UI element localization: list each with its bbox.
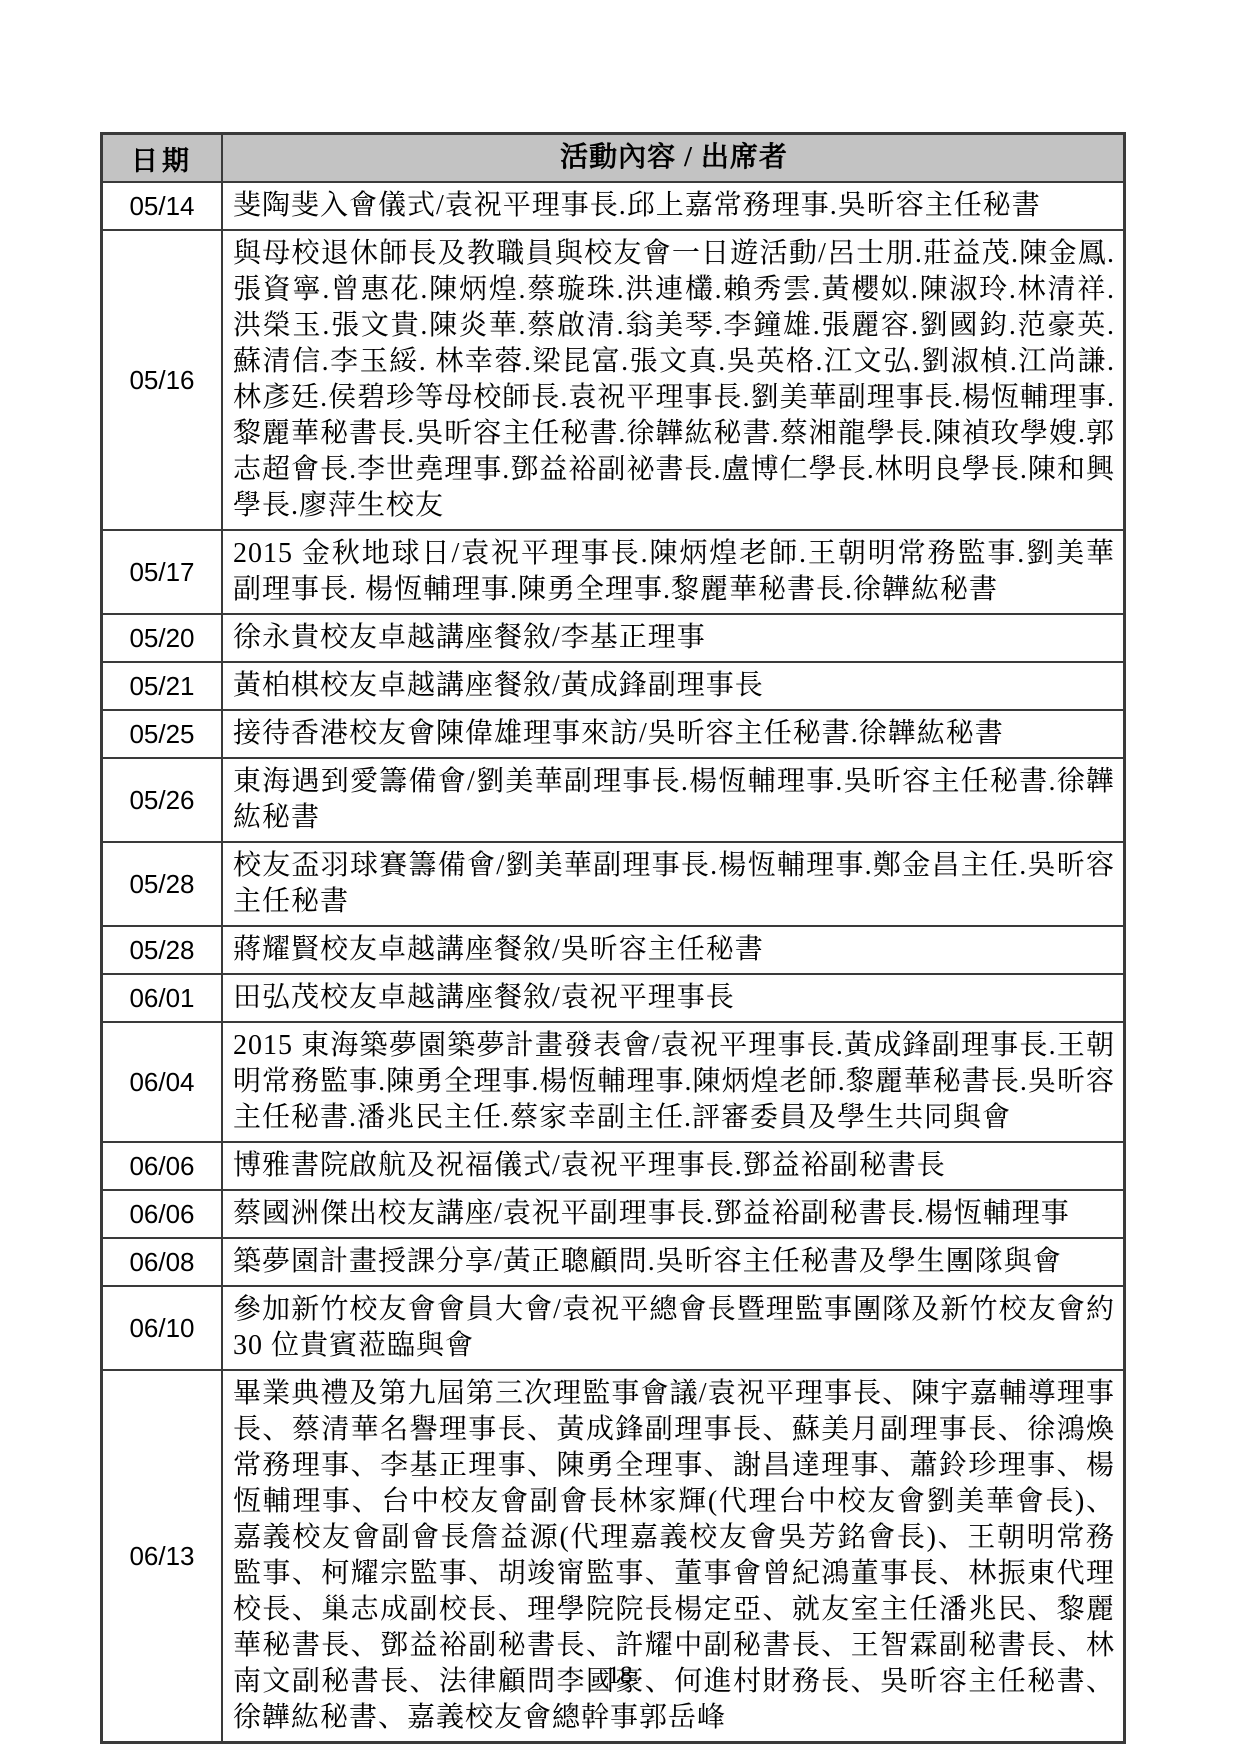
content-text: 接待香港校友會陳偉雄理事來訪/吳昕容主任秘書.徐韡紘秘書: [233, 716, 1115, 752]
table-row: 06/08 築夢園計畫授課分享/黃正聰顧問.吳昕容主任秘書及學生團隊與會: [103, 1237, 1123, 1285]
table-row: 06/06 博雅書院啟航及祝福儀式/袁祝平理事長.鄧益裕副秘書長: [103, 1141, 1123, 1189]
date-cell: 05/28: [103, 843, 223, 925]
content-text: 黃柏棋校友卓越講座餐敘/黃成鋒副理事長: [233, 668, 1115, 704]
table-header-row: 日期 活動內容 / 出席者: [103, 135, 1123, 181]
date-cell: 06/10: [103, 1287, 223, 1369]
date-cell: 06/04: [103, 1023, 223, 1141]
header-date-cell: 日期: [103, 135, 223, 181]
table-row: 05/17 2015 金秋地球日/袁祝平理事長.陳炳煌老師.王朝明常務監事.劉美…: [103, 529, 1123, 613]
content-cell: 田弘茂校友卓越講座餐敘/袁祝平理事長: [223, 975, 1123, 1021]
header-content-label: 活動內容 / 出席者: [233, 140, 1115, 176]
content-cell: 蔣耀賢校友卓越講座餐敘/吳昕容主任秘書: [223, 927, 1123, 973]
page-number: 18: [0, 1662, 1240, 1690]
content-cell: 博雅書院啟航及祝福儀式/袁祝平理事長.鄧益裕副秘書長: [223, 1143, 1123, 1189]
table-row: 06/10 參加新竹校友會會員大會/袁祝平總會長暨理監事團隊及新竹校友會約 30…: [103, 1285, 1123, 1369]
header-content-cell: 活動內容 / 出席者: [223, 135, 1123, 181]
table-row: 05/16 與母校退休師長及教職員與校友會一日遊活動/呂士朋.莊益茂.陳金鳳.張…: [103, 229, 1123, 529]
table-row: 05/28 校友盃羽球賽籌備會/劉美華副理事長.楊恆輔理事.鄭金昌主任.吳昕容主…: [103, 841, 1123, 925]
content-text: 2015 東海築夢園築夢計畫發表會/袁祝平理事長.黃成鋒副理事長.王朝明常務監事…: [233, 1028, 1115, 1136]
content-cell: 參加新竹校友會會員大會/袁祝平總會長暨理監事團隊及新竹校友會約 30 位貴賓蒞臨…: [223, 1287, 1123, 1369]
date-cell: 05/26: [103, 759, 223, 841]
content-text: 校友盃羽球賽籌備會/劉美華副理事長.楊恆輔理事.鄭金昌主任.吳昕容主任秘書: [233, 848, 1115, 920]
date-cell: 06/06: [103, 1191, 223, 1237]
table-row: 05/26 東海遇到愛籌備會/劉美華副理事長.楊恆輔理事.吳昕容主任秘書.徐韡紘…: [103, 757, 1123, 841]
date-cell: 05/14: [103, 183, 223, 229]
table-row: 06/01 田弘茂校友卓越講座餐敘/袁祝平理事長: [103, 973, 1123, 1021]
content-cell: 東海遇到愛籌備會/劉美華副理事長.楊恆輔理事.吳昕容主任秘書.徐韡紘秘書: [223, 759, 1123, 841]
content-cell: 斐陶斐入會儀式/袁祝平理事長.邱上嘉常務理事.吳昕容主任秘書: [223, 183, 1123, 229]
activity-table: 日期 活動內容 / 出席者 05/14 斐陶斐入會儀式/袁祝平理事長.邱上嘉常務…: [100, 132, 1126, 1744]
date-cell: 05/17: [103, 531, 223, 613]
content-cell: 築夢園計畫授課分享/黃正聰顧問.吳昕容主任秘書及學生團隊與會: [223, 1239, 1123, 1285]
table-row: 05/28 蔣耀賢校友卓越講座餐敘/吳昕容主任秘書: [103, 925, 1123, 973]
content-text: 徐永貴校友卓越講座餐敘/李基正理事: [233, 620, 1115, 656]
content-cell: 黃柏棋校友卓越講座餐敘/黃成鋒副理事長: [223, 663, 1123, 709]
content-cell: 2015 金秋地球日/袁祝平理事長.陳炳煌老師.王朝明常務監事.劉美華副理事長.…: [223, 531, 1123, 613]
content-text: 蔡國洲傑出校友講座/袁祝平副理事長.鄧益裕副秘書長.楊恆輔理事: [233, 1196, 1115, 1232]
date-cell: 05/25: [103, 711, 223, 757]
table-row: 06/04 2015 東海築夢園築夢計畫發表會/袁祝平理事長.黃成鋒副理事長.王…: [103, 1021, 1123, 1141]
date-cell: 05/21: [103, 663, 223, 709]
content-text: 斐陶斐入會儀式/袁祝平理事長.邱上嘉常務理事.吳昕容主任秘書: [233, 188, 1115, 224]
content-text: 築夢園計畫授課分享/黃正聰顧問.吳昕容主任秘書及學生團隊與會: [233, 1244, 1115, 1280]
content-text: 2015 金秋地球日/袁祝平理事長.陳炳煌老師.王朝明常務監事.劉美華副理事長.…: [233, 536, 1115, 608]
content-cell: 校友盃羽球賽籌備會/劉美華副理事長.楊恆輔理事.鄭金昌主任.吳昕容主任秘書: [223, 843, 1123, 925]
content-text: 參加新竹校友會會員大會/袁祝平總會長暨理監事團隊及新竹校友會約 30 位貴賓蒞臨…: [233, 1292, 1115, 1364]
date-cell: 06/01: [103, 975, 223, 1021]
content-cell: 2015 東海築夢園築夢計畫發表會/袁祝平理事長.黃成鋒副理事長.王朝明常務監事…: [223, 1023, 1123, 1141]
content-cell: 接待香港校友會陳偉雄理事來訪/吳昕容主任秘書.徐韡紘秘書: [223, 711, 1123, 757]
table-row: 05/21 黃柏棋校友卓越講座餐敘/黃成鋒副理事長: [103, 661, 1123, 709]
date-cell: 06/08: [103, 1239, 223, 1285]
content-text: 蔣耀賢校友卓越講座餐敘/吳昕容主任秘書: [233, 932, 1115, 968]
content-text: 東海遇到愛籌備會/劉美華副理事長.楊恆輔理事.吳昕容主任秘書.徐韡紘秘書: [233, 764, 1115, 836]
table-row: 06/06 蔡國洲傑出校友講座/袁祝平副理事長.鄧益裕副秘書長.楊恆輔理事: [103, 1189, 1123, 1237]
content-text: 田弘茂校友卓越講座餐敘/袁祝平理事長: [233, 980, 1115, 1016]
date-cell: 06/06: [103, 1143, 223, 1189]
content-cell: 與母校退休師長及教職員與校友會一日遊活動/呂士朋.莊益茂.陳金鳳.張資寧.曾惠花…: [223, 231, 1123, 529]
content-text: 與母校退休師長及教職員與校友會一日遊活動/呂士朋.莊益茂.陳金鳳.張資寧.曾惠花…: [233, 236, 1115, 524]
date-cell: 05/28: [103, 927, 223, 973]
content-cell: 徐永貴校友卓越講座餐敘/李基正理事: [223, 615, 1123, 661]
date-cell: 05/20: [103, 615, 223, 661]
content-cell: 蔡國洲傑出校友講座/袁祝平副理事長.鄧益裕副秘書長.楊恆輔理事: [223, 1191, 1123, 1237]
table-row: 05/20 徐永貴校友卓越講座餐敘/李基正理事: [103, 613, 1123, 661]
date-cell: 05/16: [103, 231, 223, 529]
content-text: 博雅書院啟航及祝福儀式/袁祝平理事長.鄧益裕副秘書長: [233, 1148, 1115, 1184]
table-row: 05/25 接待香港校友會陳偉雄理事來訪/吳昕容主任秘書.徐韡紘秘書: [103, 709, 1123, 757]
table-row: 05/14 斐陶斐入會儀式/袁祝平理事長.邱上嘉常務理事.吳昕容主任秘書: [103, 181, 1123, 229]
